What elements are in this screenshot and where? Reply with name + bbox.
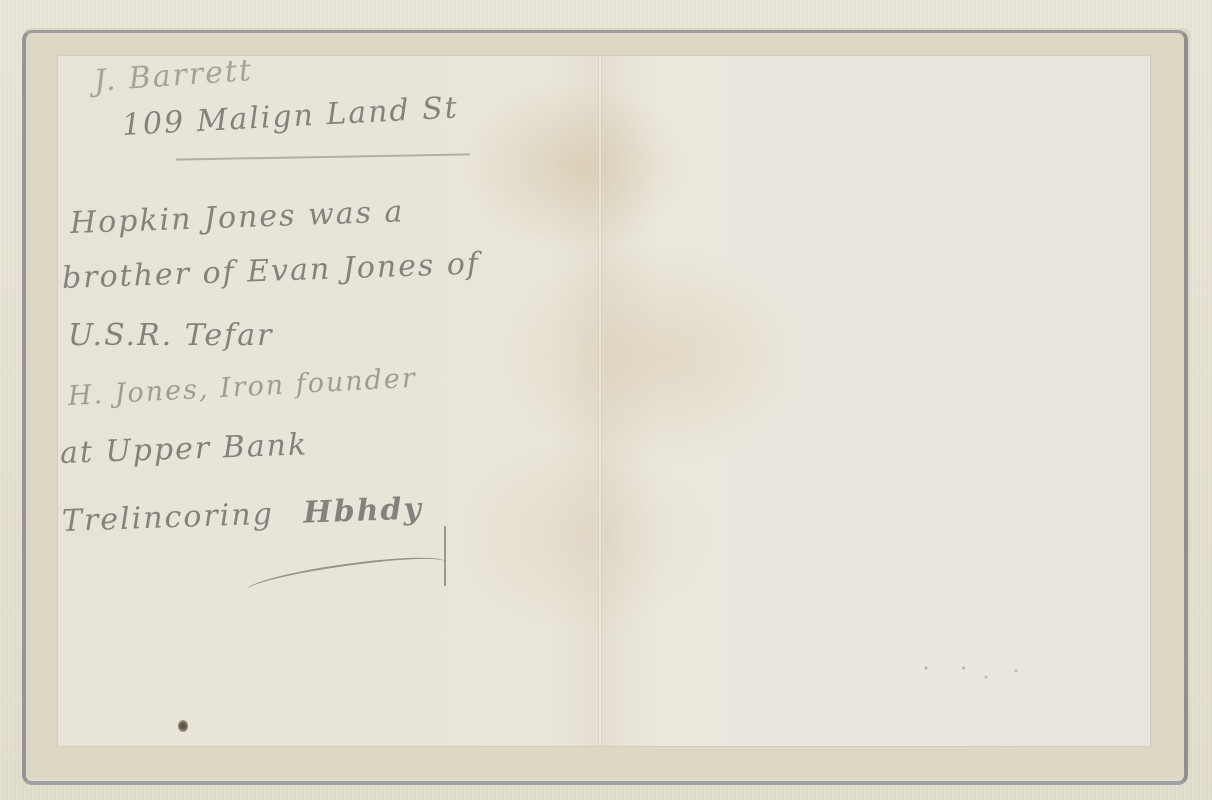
note-line-5: at Upper Bank bbox=[59, 427, 308, 471]
note-line-3: U.S.R. Tefar bbox=[68, 318, 274, 353]
signature-tick bbox=[444, 526, 446, 586]
writer-address: 109 Malign Land St bbox=[121, 90, 460, 143]
note-line-2: brother of Evan Jones of bbox=[61, 246, 480, 296]
signature-flourish bbox=[245, 550, 446, 602]
ink-spot bbox=[178, 720, 188, 732]
note-line-4: H. Jones, Iron founder bbox=[67, 363, 417, 412]
place-name: Trelincoring bbox=[61, 497, 274, 539]
note-line-1: Hopkin Jones was a bbox=[69, 194, 405, 241]
address-underline bbox=[176, 153, 470, 160]
writer-name: J. Barrett bbox=[93, 53, 254, 99]
signature: Hbhdy bbox=[303, 491, 424, 530]
paper-specks bbox=[896, 656, 1046, 686]
note-paper: J. Barrett 109 Malign Land St Hopkin Jon… bbox=[58, 56, 1150, 746]
paper-fold-crease bbox=[598, 56, 602, 746]
note-line-6: Trelincoring Hbhdy bbox=[61, 491, 423, 539]
